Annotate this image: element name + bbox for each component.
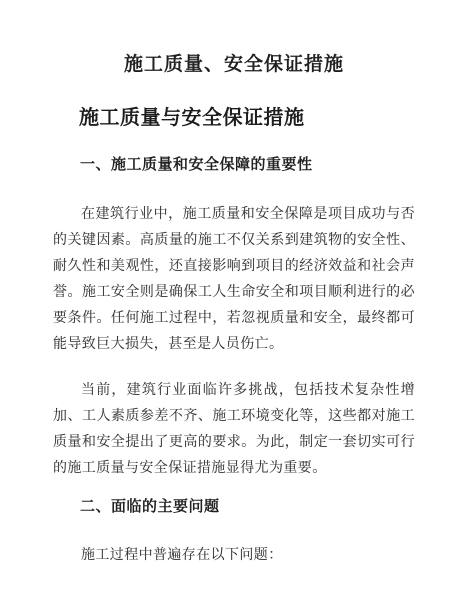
section-1-paragraph-1: 在建筑行业中，施工质量和安全保障是项目成功与否的关键因素。高质量的施工不仅关系到…: [53, 202, 415, 358]
section-2-heading: 二、面临的主要问题: [80, 496, 415, 518]
document-title: 施工质量、安全保证措施: [53, 52, 415, 78]
section-1-paragraph-2: 当前，建筑行业面临许多挑战，包括技术复杂性增加、工人素质参差不齐、施工环境变化等…: [53, 378, 415, 482]
section-2-paragraph-1: 施工过程中普遍存在以下问题：: [53, 543, 415, 569]
section-1-heading: 一、施工质量和安全保障的重要性: [80, 154, 415, 176]
document-page: 施工质量、安全保证措施 施工质量与安全保证措施 一、施工质量和安全保障的重要性 …: [0, 0, 463, 600]
document-subtitle: 施工质量与安全保证措施: [79, 104, 415, 132]
